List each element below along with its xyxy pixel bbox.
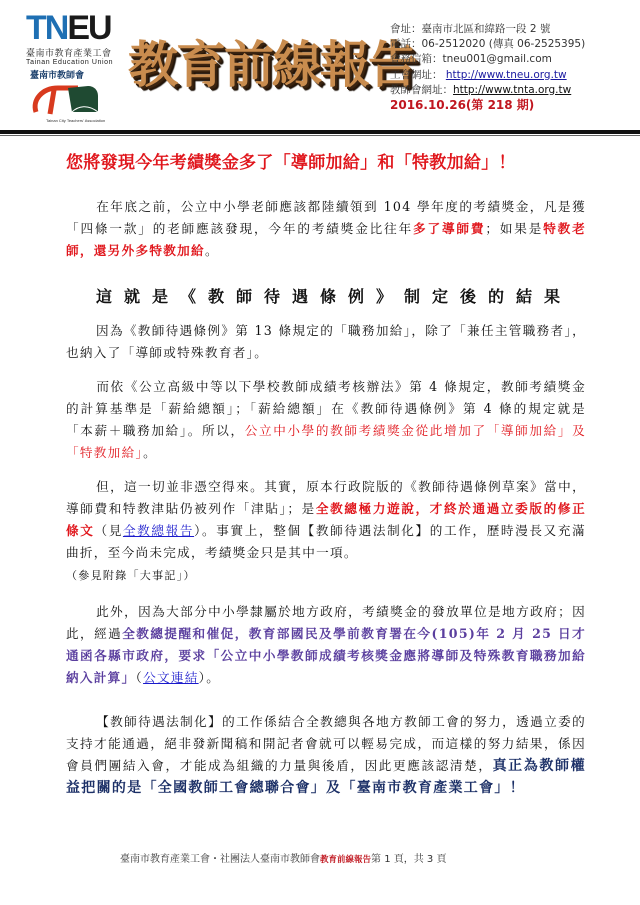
tta-emblem-icon xyxy=(28,82,108,118)
appendix-note: （參見附錄「大事記」） xyxy=(66,569,196,582)
tneu-logo-tn: TN xyxy=(26,9,67,47)
tneu-logo-eu: EU xyxy=(67,9,110,47)
section-title: 這就是《教師待遇條例》制定後的結果 xyxy=(96,284,572,307)
tta-name-cn: 臺南市教師會 xyxy=(30,68,84,81)
newsletter-title: 教 育 前 線 報 告 xyxy=(128,30,416,100)
email-line: 會務信箱：tneu001@gmail.com xyxy=(390,52,585,67)
footer-org: 臺南市教育產業工會・社團法人臺南市教師會 xyxy=(120,854,320,865)
headline: 您將發現今年考績獎金多了「導師加給」和「特教加給」！ xyxy=(66,148,516,173)
issue-date: 2016.10.26(第 218 期) xyxy=(390,98,585,113)
highlight-red: 多了導師費 xyxy=(413,221,485,236)
teacher-site-link[interactable]: http://www.tnta.org.tw xyxy=(453,84,571,96)
header-divider-thin xyxy=(0,135,640,136)
title-char: 報 xyxy=(320,30,368,100)
footer-title: 教育前線報告 xyxy=(320,855,371,865)
text: 。 xyxy=(205,243,219,258)
text: （ xyxy=(135,670,143,685)
page-number: 第 1 頁，共 3 頁 xyxy=(371,854,446,865)
text: 因為《教師待遇條例》第 13 條規定的「職務加給」，除了「兼任主管職務者」，也納… xyxy=(66,323,586,360)
teacher-site-label: 教師會網址： xyxy=(390,84,453,96)
tneu-logo: TNEU 臺南市教育產業工會 Tainan Education Union xyxy=(26,12,116,66)
email-label: 會務信箱： xyxy=(390,53,443,65)
phone-value: 06-2512020 (傳真 06-2525395) xyxy=(422,38,586,50)
newsletter-header: TNEU 臺南市教育產業工會 Tainan Education Union 臺南… xyxy=(0,0,640,132)
text: 。 xyxy=(143,445,157,460)
paragraph-6: 【教師待遇法制化】的工作係結合全教總與各地方教師工會的努力，透過立委的支持才能通… xyxy=(66,711,586,799)
paragraph-1: 在年底之前，公立中小學老師應該都陸續領到 104 學年度的考績獎金，凡是獲「四條… xyxy=(66,196,586,262)
union-site-link[interactable]: http://www.tneu.org.tw xyxy=(446,69,567,81)
title-char: 育 xyxy=(176,30,224,100)
tneu-name-cn: 臺南市教育產業工會 xyxy=(26,46,116,59)
tta-logo: 臺南市教師會 Tainan City Teachers' Association xyxy=(24,68,112,126)
tta-name-en: Tainan City Teachers' Association xyxy=(46,118,105,123)
title-char: 教 xyxy=(128,30,176,100)
union-site-line: 工會網址： http://www.tneu.org.tw xyxy=(390,68,585,83)
text: ）。 xyxy=(199,670,221,685)
text: （見 xyxy=(94,523,122,538)
union-site-label: 工會網址： xyxy=(390,69,443,81)
phone-line: 電話：06-2512020 (傳真 06-2525395) xyxy=(390,37,585,52)
address-value: 臺南市北區和緯路一段 2 號 xyxy=(422,23,551,35)
report-link[interactable]: 全教總報告 xyxy=(123,523,194,538)
contact-info: 會址：臺南市北區和緯路一段 2 號 電話：06-2512020 (傳真 06-2… xyxy=(390,22,585,113)
address-line: 會址：臺南市北區和緯路一段 2 號 xyxy=(390,22,585,37)
page-footer: 臺南市教育產業工會・社團法人臺南市教師會教育前線報告第 1 頁，共 3 頁 xyxy=(120,850,540,865)
address-label: 會址： xyxy=(390,23,422,35)
paragraph-2: 因為《教師待遇條例》第 13 條規定的「職務加給」，除了「兼任主管職務者」，也納… xyxy=(66,320,586,364)
text: ；如果是 xyxy=(485,221,543,236)
paragraph-4: 但，這一切並非憑空得來。其實，原本行政院版的《教師待遇條例草案》當中，導師費和特… xyxy=(66,476,586,587)
paragraph-3: 而依《公立高級中等以下學校教師成績考核辦法》第 4 條規定，教師考績獎金的計算基… xyxy=(66,376,586,464)
title-char: 線 xyxy=(272,30,320,100)
header-divider xyxy=(0,130,640,134)
paragraph-5: 此外，因為大部分中小學隸屬於地方政府，考績獎金的發放單位是地方政府；因此，經過全… xyxy=(66,601,586,689)
tneu-name-en: Tainan Education Union xyxy=(26,59,116,66)
title-char: 前 xyxy=(224,30,272,100)
phone-label: 電話： xyxy=(390,38,422,50)
email-value: tneu001@gmail.com xyxy=(443,53,552,65)
document-link[interactable]: 公文連結 xyxy=(143,670,199,685)
teacher-site-line: 教師會網址：http://www.tnta.org.tw xyxy=(390,83,585,98)
